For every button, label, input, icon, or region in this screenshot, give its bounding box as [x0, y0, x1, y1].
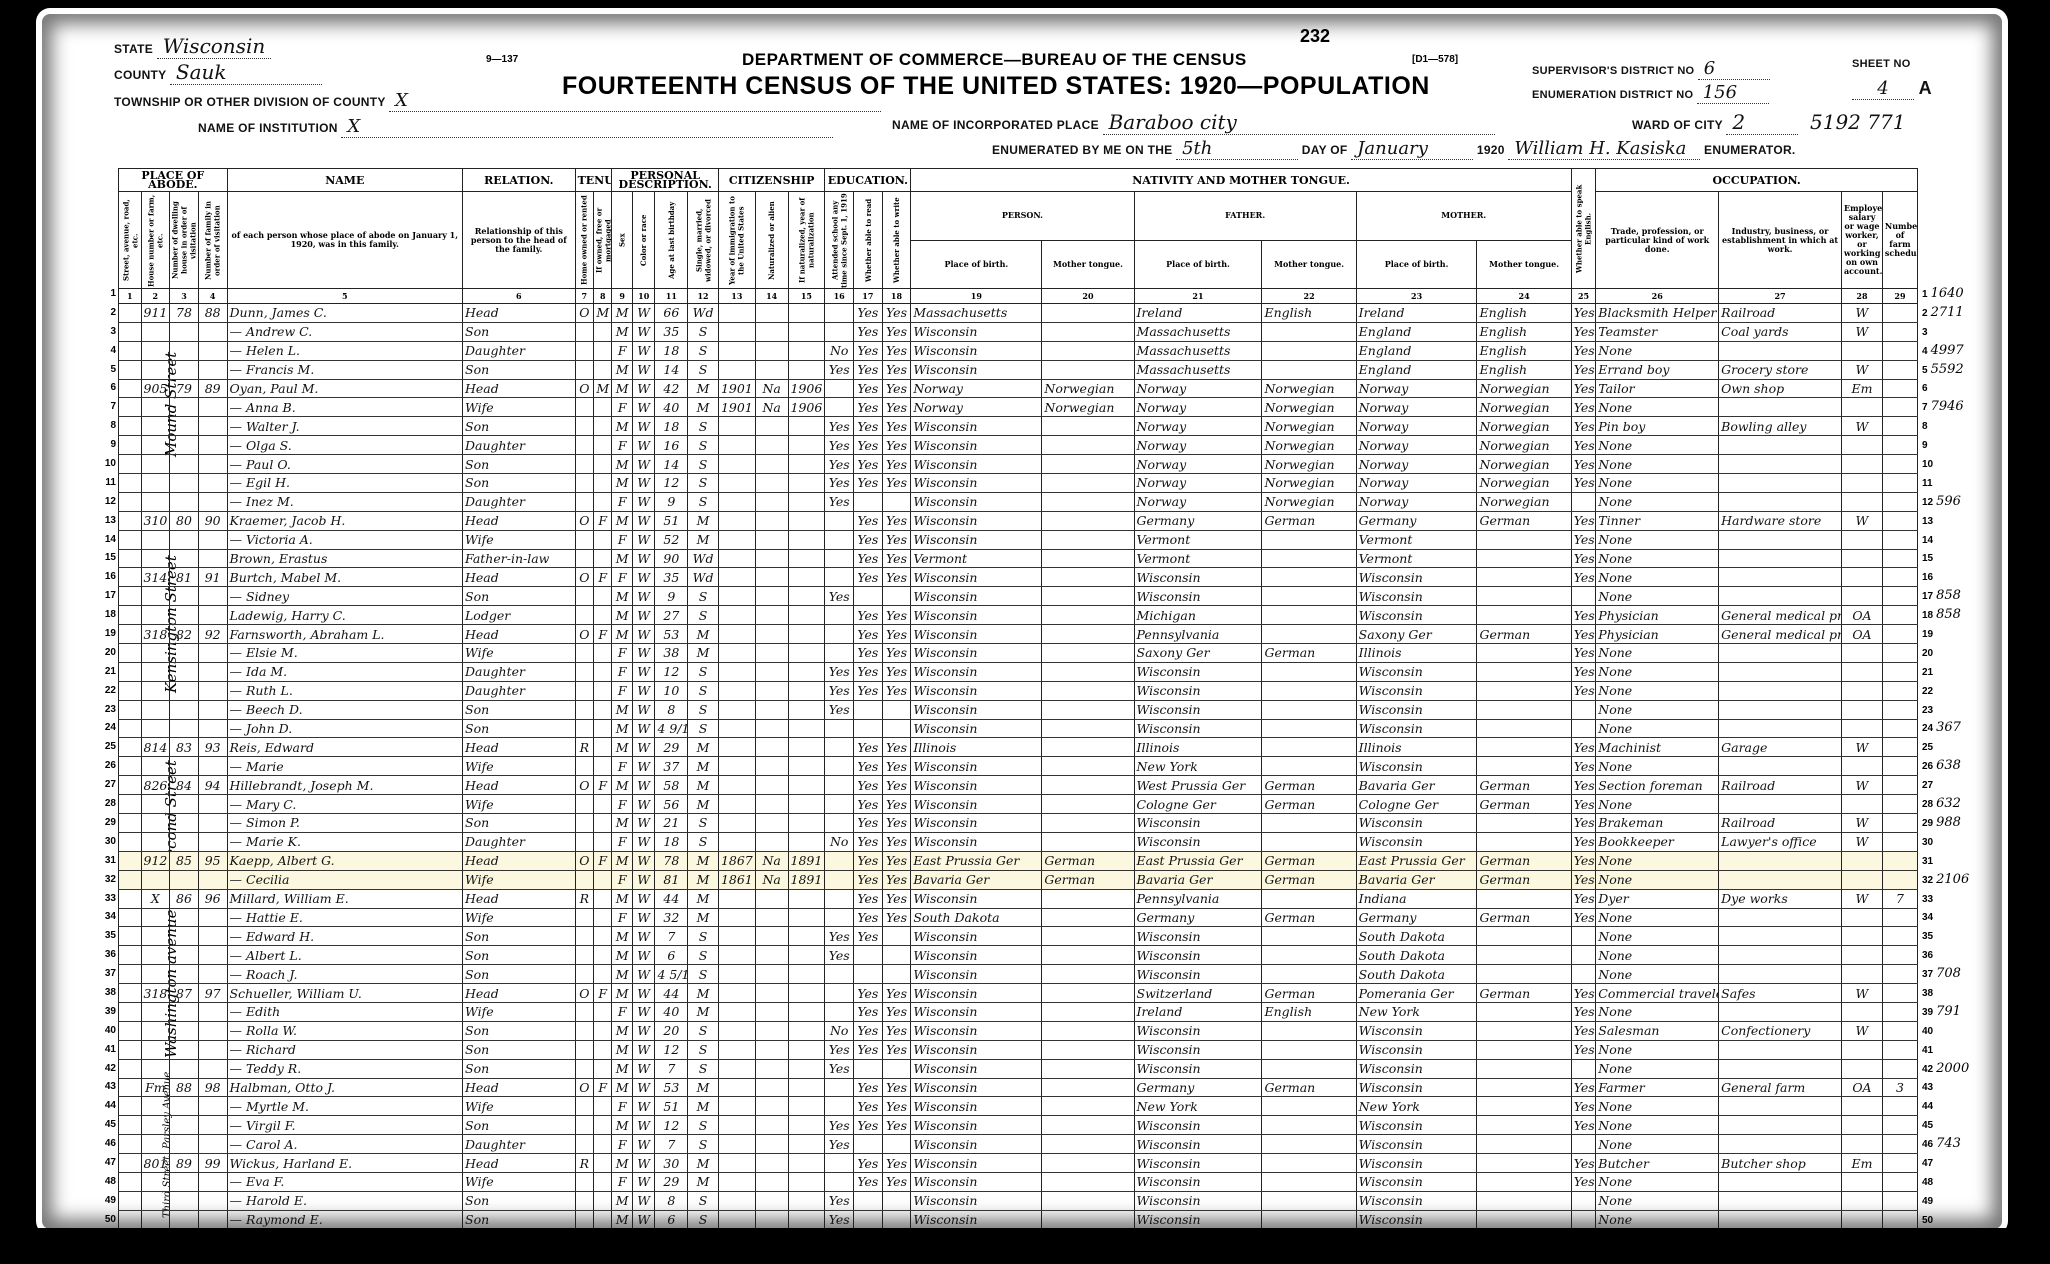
- line-number: 33: [100, 889, 116, 908]
- cell-write: Yes: [882, 436, 911, 455]
- cell-emp: [1841, 1210, 1882, 1229]
- line-number: 38: [100, 983, 116, 1002]
- cell-tongue: [1042, 417, 1134, 436]
- cell-relation: Son: [463, 700, 576, 719]
- cell-ftongue: German: [1262, 644, 1356, 663]
- cell-ftongue: [1262, 1059, 1356, 1078]
- cell-industry: [1719, 1210, 1842, 1229]
- cell-family: [198, 908, 227, 927]
- cell-tongue: [1042, 1078, 1134, 1097]
- table-row: — Eva F.WifeFW29MYesYesWisconsinWisconsi…: [119, 1172, 1918, 1191]
- cell-tongue: [1042, 341, 1134, 360]
- line-number: 41: [100, 1040, 116, 1059]
- cell-fbirth: Wisconsin: [1134, 1021, 1262, 1040]
- cell-write: Yes: [882, 889, 911, 908]
- cell-imm: [718, 1172, 755, 1191]
- cell-birth: Wisconsin: [911, 625, 1042, 644]
- cell-tongue: [1042, 946, 1134, 965]
- cell-nat: [755, 1097, 788, 1116]
- cell-house: [141, 908, 170, 927]
- cell-emp: [1841, 1002, 1882, 1021]
- header-relation-desc: Relationship of this person to the head …: [463, 192, 576, 289]
- group-header-nativity: NATIVITY AND MOTHER TONGUE.: [911, 169, 1571, 192]
- cell-school: [825, 908, 854, 927]
- cell-street: [119, 814, 142, 833]
- cell-age: 35: [655, 322, 688, 341]
- cell-ftongue: [1262, 946, 1356, 965]
- cell-mbirth: South Dakota: [1356, 927, 1477, 946]
- cell-street: [119, 1040, 142, 1059]
- cell-industry: [1719, 341, 1842, 360]
- cell-industry: Railroad: [1719, 304, 1842, 323]
- cell-mbirth: Norway: [1356, 398, 1477, 417]
- cell-sex: M: [612, 814, 632, 833]
- table-row: 8018999Wickus, Harland E.HeadRMW30MYesYe…: [119, 1154, 1918, 1173]
- cell-eng: Yes: [1571, 795, 1596, 814]
- cell-mtongue: [1477, 1135, 1571, 1154]
- cell-marital: M: [688, 1097, 719, 1116]
- cell-tongue: [1042, 776, 1134, 795]
- cell-name: — Hattie E.: [227, 908, 462, 927]
- cell-farm: [1882, 568, 1917, 587]
- line-number-label: 43: [1922, 1082, 1933, 1093]
- cell-birth: Wisconsin: [911, 360, 1042, 379]
- cell-trade: None: [1596, 455, 1719, 474]
- cell-read: Yes: [854, 644, 883, 663]
- cell-write: Yes: [882, 908, 911, 927]
- cell-trade: Machinist: [1596, 738, 1719, 757]
- cell-house: [141, 398, 170, 417]
- cell-imm: 1867: [718, 851, 755, 870]
- cell-name: — Albert L.: [227, 946, 462, 965]
- cell-marital: S: [688, 927, 719, 946]
- cell-imm: [718, 1021, 755, 1040]
- incorporated-place-field: NAME OF INCORPORATED PLACE Baraboo city: [892, 110, 1495, 135]
- cell-read: Yes: [854, 1040, 883, 1059]
- cell-sex: M: [612, 738, 632, 757]
- ward-field: WARD OF CITY 2 5192 771: [1632, 110, 1905, 135]
- cell-mort: [594, 474, 612, 493]
- cell-house: [141, 1191, 170, 1210]
- cell-natyr: [788, 1154, 825, 1173]
- cell-marital: M: [688, 870, 719, 889]
- cell-dwelling: [170, 1191, 199, 1210]
- cell-mbirth: Ireland: [1356, 304, 1477, 323]
- cell-mtongue: Norwegian: [1477, 474, 1571, 493]
- cell-dwelling: [170, 870, 199, 889]
- cell-own: [575, 870, 593, 889]
- cell-nat: [755, 417, 788, 436]
- cell-street: [119, 681, 142, 700]
- line-number-label: 16: [1922, 572, 1933, 583]
- cell-sex: M: [612, 1021, 632, 1040]
- cell-mort: [594, 719, 612, 738]
- cell-own: [575, 814, 593, 833]
- header-read: Whether able to read: [854, 192, 883, 289]
- line-number-label: 32: [1922, 875, 1933, 886]
- cell-ftongue: [1262, 1154, 1356, 1173]
- cell-race: W: [632, 587, 655, 606]
- table-row: — Carol A.DaughterFW7SYesWisconsinWiscon…: [119, 1135, 1918, 1154]
- cell-read: Yes: [854, 549, 883, 568]
- table-row: — MarieWifeFW37MYesYesWisconsinNew YorkW…: [119, 757, 1918, 776]
- cell-mort: [594, 1172, 612, 1191]
- cell-nat: [755, 360, 788, 379]
- cell-trade: None: [1596, 908, 1719, 927]
- cell-natyr: [788, 927, 825, 946]
- cell-birth: Wisconsin: [911, 700, 1042, 719]
- column-numbers-row: 1234567891011121314151617181920212223242…: [119, 289, 1918, 304]
- cell-street: [119, 360, 142, 379]
- cell-fbirth: Cologne Ger: [1134, 795, 1262, 814]
- cell-mtongue: [1477, 700, 1571, 719]
- cell-family: [198, 1059, 227, 1078]
- sheet-number: 4: [1852, 78, 1914, 100]
- cell-mort: [594, 644, 612, 663]
- cell-read: [854, 587, 883, 606]
- cell-farm: [1882, 587, 1917, 606]
- cell-natyr: [788, 1135, 825, 1154]
- cell-eng: Yes: [1571, 776, 1596, 795]
- line-number-label: 38: [1922, 988, 1933, 999]
- header-industry: Industry, business, or establishment in …: [1719, 192, 1842, 289]
- cell-nat: [755, 436, 788, 455]
- cell-natyr: [788, 360, 825, 379]
- cell-write: Yes: [882, 398, 911, 417]
- cell-natyr: 1891: [788, 851, 825, 870]
- cell-farm: [1882, 341, 1917, 360]
- cell-age: 30: [655, 1154, 688, 1173]
- cell-dwelling: [170, 549, 199, 568]
- cell-family: [198, 814, 227, 833]
- cell-relation: Son: [463, 1116, 576, 1135]
- cell-school: [825, 851, 854, 870]
- cell-emp: Em: [1841, 1154, 1882, 1173]
- table-row: — Francis M.SonMW14SYesYesYesWisconsinMa…: [119, 360, 1918, 379]
- cell-family: [198, 700, 227, 719]
- sheet-field: 4 A: [1852, 78, 1932, 100]
- cell-relation: Daughter: [463, 341, 576, 360]
- cell-read: [854, 1191, 883, 1210]
- cell-birth: Wisconsin: [911, 341, 1042, 360]
- cell-sex: F: [612, 1097, 632, 1116]
- cell-tongue: [1042, 322, 1134, 341]
- cell-family: [198, 417, 227, 436]
- cell-tongue: [1042, 662, 1134, 681]
- cell-trade: None: [1596, 1040, 1719, 1059]
- line-number: 18: [100, 605, 116, 624]
- cell-mtongue: [1477, 1002, 1571, 1021]
- line-number: 21: [100, 662, 116, 681]
- line-number-label: 26: [1922, 761, 1933, 772]
- table-row: 3108090Kraemer, Jacob H.HeadOFMW51MYesYe…: [119, 511, 1918, 530]
- cell-farm: [1882, 530, 1917, 549]
- cell-ftongue: Norwegian: [1262, 398, 1356, 417]
- cell-house: [141, 681, 170, 700]
- cell-natyr: [788, 568, 825, 587]
- line-number: 10: [100, 454, 116, 473]
- cell-family: [198, 587, 227, 606]
- cell-relation: Father-in-law: [463, 549, 576, 568]
- cell-street: [119, 436, 142, 455]
- cell-name: — Francis M.: [227, 360, 462, 379]
- line-number-right: 41: [1922, 1040, 1982, 1059]
- cell-dwelling: [170, 832, 199, 851]
- cell-read: [854, 1059, 883, 1078]
- cell-eng: Yes: [1571, 984, 1596, 1003]
- cell-house: [141, 530, 170, 549]
- cell-read: Yes: [854, 1078, 883, 1097]
- header-farm-schedule: Number of farm schedule.: [1882, 192, 1917, 289]
- cell-age: 52: [655, 530, 688, 549]
- line-number-right: 25: [1922, 737, 1982, 756]
- cell-tongue: [1042, 1172, 1134, 1191]
- cell-relation: Son: [463, 1191, 576, 1210]
- cell-marital: M: [688, 1154, 719, 1173]
- cell-dwelling: [170, 436, 199, 455]
- cell-street: [119, 1135, 142, 1154]
- cell-mort: [594, 1135, 612, 1154]
- cell-marital: Wd: [688, 549, 719, 568]
- cell-race: W: [632, 1002, 655, 1021]
- cell-birth: Wisconsin: [911, 1097, 1042, 1116]
- cell-race: W: [632, 1191, 655, 1210]
- line-number: 32: [100, 870, 116, 889]
- cell-birth: Wisconsin: [911, 776, 1042, 795]
- cell-birth: Wisconsin: [911, 681, 1042, 700]
- cell-family: [198, 1116, 227, 1135]
- cell-ftongue: [1262, 757, 1356, 776]
- enumerated-label: ENUMERATED BY ME ON THE: [992, 143, 1172, 157]
- cell-natyr: [788, 795, 825, 814]
- cell-mtongue: [1477, 1078, 1571, 1097]
- cell-relation: Son: [463, 417, 576, 436]
- census-sheet: STATE Wisconsin COUNTY Sauk TOWNSHIP OR …: [42, 14, 2002, 1229]
- group-header-relation: RELATION.: [463, 169, 576, 192]
- cell-fbirth: Wisconsin: [1134, 927, 1262, 946]
- cell-family: [198, 341, 227, 360]
- line-number-right: 3: [1922, 322, 1982, 341]
- table-row: — John D.SonMW4 9/12SWisconsinWisconsinW…: [119, 719, 1918, 738]
- cell-name: — Carol A.: [227, 1135, 462, 1154]
- cell-name: — Beech D.: [227, 700, 462, 719]
- cell-age: 66: [655, 304, 688, 323]
- cell-farm: [1882, 398, 1917, 417]
- cell-farm: [1882, 814, 1917, 833]
- line-number-right: 44: [1922, 1096, 1982, 1115]
- cell-farm: [1882, 908, 1917, 927]
- cell-name: — Roach J.: [227, 965, 462, 984]
- cell-tongue: [1042, 436, 1134, 455]
- table-row: 9057989Oyan, Paul M.HeadOMMW42M1901Na190…: [119, 379, 1918, 398]
- cell-street: [119, 644, 142, 663]
- cell-relation: Son: [463, 587, 576, 606]
- cell-write: [882, 965, 911, 984]
- cell-emp: [1841, 1172, 1882, 1191]
- institution-value: X: [341, 116, 833, 138]
- table-row: 3148191Burtch, Mabel M.HeadOFFW35WdYesYe…: [119, 568, 1918, 587]
- cell-school: [825, 870, 854, 889]
- cell-read: Yes: [854, 530, 883, 549]
- line-number-right: 46743: [1922, 1134, 1982, 1153]
- cell-nat: [755, 492, 788, 511]
- cell-read: Yes: [854, 908, 883, 927]
- county-value: Sauk: [170, 60, 322, 85]
- cell-industry: Safes: [1719, 984, 1842, 1003]
- cell-age: 32: [655, 908, 688, 927]
- cell-race: W: [632, 946, 655, 965]
- header-name-desc: of each person whose place of abode on J…: [227, 192, 462, 289]
- header-mother-tongue: Mother tongue.: [1477, 240, 1571, 289]
- cell-marital: M: [688, 851, 719, 870]
- cell-family: [198, 549, 227, 568]
- cell-imm: [718, 681, 755, 700]
- cell-natyr: [788, 1078, 825, 1097]
- cell-age: 12: [655, 474, 688, 493]
- cell-dwelling: [170, 719, 199, 738]
- line-number: 23: [100, 700, 116, 719]
- cell-dwelling: [170, 795, 199, 814]
- cell-mbirth: Vermont: [1356, 549, 1477, 568]
- cell-fbirth: Saxony Ger: [1134, 644, 1262, 663]
- cell-relation: Lodger: [463, 606, 576, 625]
- cell-emp: [1841, 492, 1882, 511]
- cell-imm: [718, 606, 755, 625]
- cell-farm: [1882, 1097, 1917, 1116]
- cell-ftongue: [1262, 625, 1356, 644]
- cell-ftongue: [1262, 662, 1356, 681]
- cell-read: Yes: [854, 455, 883, 474]
- cell-house: [141, 832, 170, 851]
- cell-name: Kaepp, Albert G.: [227, 851, 462, 870]
- cell-relation: Head: [463, 1078, 576, 1097]
- occupation-code: 988: [1936, 815, 1961, 830]
- cell-name: — Eva F.: [227, 1172, 462, 1191]
- table-row: — Egil H.SonMW12SYesYesYesWisconsinNorwa…: [119, 474, 1918, 493]
- cell-mbirth: Bavaria Ger: [1356, 870, 1477, 889]
- column-number: 1: [119, 289, 142, 304]
- cell-relation: Daughter: [463, 1135, 576, 1154]
- cell-natyr: [788, 492, 825, 511]
- cell-marital: M: [688, 530, 719, 549]
- cell-sex: F: [612, 908, 632, 927]
- cell-race: W: [632, 927, 655, 946]
- cell-industry: [1719, 587, 1842, 606]
- cell-relation: Son: [463, 360, 576, 379]
- cell-write: [882, 1191, 911, 1210]
- cell-marital: M: [688, 1172, 719, 1191]
- cell-birth: Wisconsin: [911, 492, 1042, 511]
- cell-natyr: [788, 1021, 825, 1040]
- cell-mbirth: East Prussia Ger: [1356, 851, 1477, 870]
- cell-farm: [1882, 492, 1917, 511]
- cell-marital: M: [688, 738, 719, 757]
- cell-family: 90: [198, 511, 227, 530]
- cell-mbirth: New York: [1356, 1002, 1477, 1021]
- enumerator-name: William H. Kasiska: [1508, 138, 1700, 160]
- cell-marital: S: [688, 417, 719, 436]
- cell-mbirth: Wisconsin: [1356, 1021, 1477, 1040]
- cell-industry: Hardware store: [1719, 511, 1842, 530]
- table-row: — Rolla W.SonMW20SNoYesYesWisconsinWisco…: [119, 1021, 1918, 1040]
- cell-mort: [594, 946, 612, 965]
- cell-house: [141, 795, 170, 814]
- cell-dwelling: [170, 1097, 199, 1116]
- cell-natyr: [788, 1172, 825, 1191]
- cell-age: 4 5/12: [655, 965, 688, 984]
- cell-mbirth: New York: [1356, 1097, 1477, 1116]
- cell-family: 88: [198, 304, 227, 323]
- cell-mort: [594, 341, 612, 360]
- cell-fbirth: Michigan: [1134, 606, 1262, 625]
- cell-farm: [1882, 511, 1917, 530]
- cell-dwelling: [170, 927, 199, 946]
- occupation-code: 743: [1936, 1136, 1961, 1151]
- cell-name: — Simon P.: [227, 814, 462, 833]
- cell-read: Yes: [854, 474, 883, 493]
- cell-school: Yes: [825, 492, 854, 511]
- line-number-label: 22: [1922, 686, 1933, 697]
- cell-mort: [594, 870, 612, 889]
- cell-own: [575, 1210, 593, 1229]
- cell-natyr: [788, 474, 825, 493]
- cell-own: [575, 1135, 593, 1154]
- cell-industry: [1719, 568, 1842, 587]
- line-number-label: 21: [1922, 667, 1933, 678]
- cell-ftongue: [1262, 530, 1356, 549]
- table-row: 3188292Farnsworth, Abraham L.HeadOFMW53M…: [119, 625, 1918, 644]
- cell-farm: [1882, 625, 1917, 644]
- cell-marital: S: [688, 436, 719, 455]
- cell-own: [575, 360, 593, 379]
- cell-trade: None: [1596, 662, 1719, 681]
- cell-emp: W: [1841, 984, 1882, 1003]
- state-field: STATE Wisconsin: [114, 34, 271, 59]
- cell-eng: [1571, 587, 1596, 606]
- cell-mort: [594, 738, 612, 757]
- cell-house: [141, 1172, 170, 1191]
- cell-industry: [1719, 719, 1842, 738]
- cell-age: 14: [655, 360, 688, 379]
- cell-trade: None: [1596, 851, 1719, 870]
- line-number-label: 7: [1922, 402, 1928, 413]
- column-number: 17: [854, 289, 883, 304]
- cell-school: Yes: [825, 474, 854, 493]
- cell-emp: [1841, 549, 1882, 568]
- cell-mbirth: Wisconsin: [1356, 1059, 1477, 1078]
- cell-house: [141, 341, 170, 360]
- cell-dwelling: [170, 341, 199, 360]
- cell-ftongue: German: [1262, 511, 1356, 530]
- header-family-number: Number of family in order of visitation: [198, 192, 227, 289]
- cell-age: 35: [655, 568, 688, 587]
- cell-natyr: [788, 417, 825, 436]
- cell-dwelling: [170, 587, 199, 606]
- line-number: 11: [100, 473, 116, 492]
- line-number-right: 27: [1922, 775, 1982, 794]
- cell-race: W: [632, 568, 655, 587]
- cell-birth: Wisconsin: [911, 719, 1042, 738]
- cell-street: [119, 1191, 142, 1210]
- cell-eng: Yes: [1571, 681, 1596, 700]
- cell-school: [825, 757, 854, 776]
- cell-natyr: [788, 662, 825, 681]
- column-number: 9: [612, 289, 632, 304]
- cell-own: [575, 757, 593, 776]
- cell-farm: [1882, 1040, 1917, 1059]
- cell-street: [119, 530, 142, 549]
- line-number-label: 44: [1922, 1101, 1933, 1112]
